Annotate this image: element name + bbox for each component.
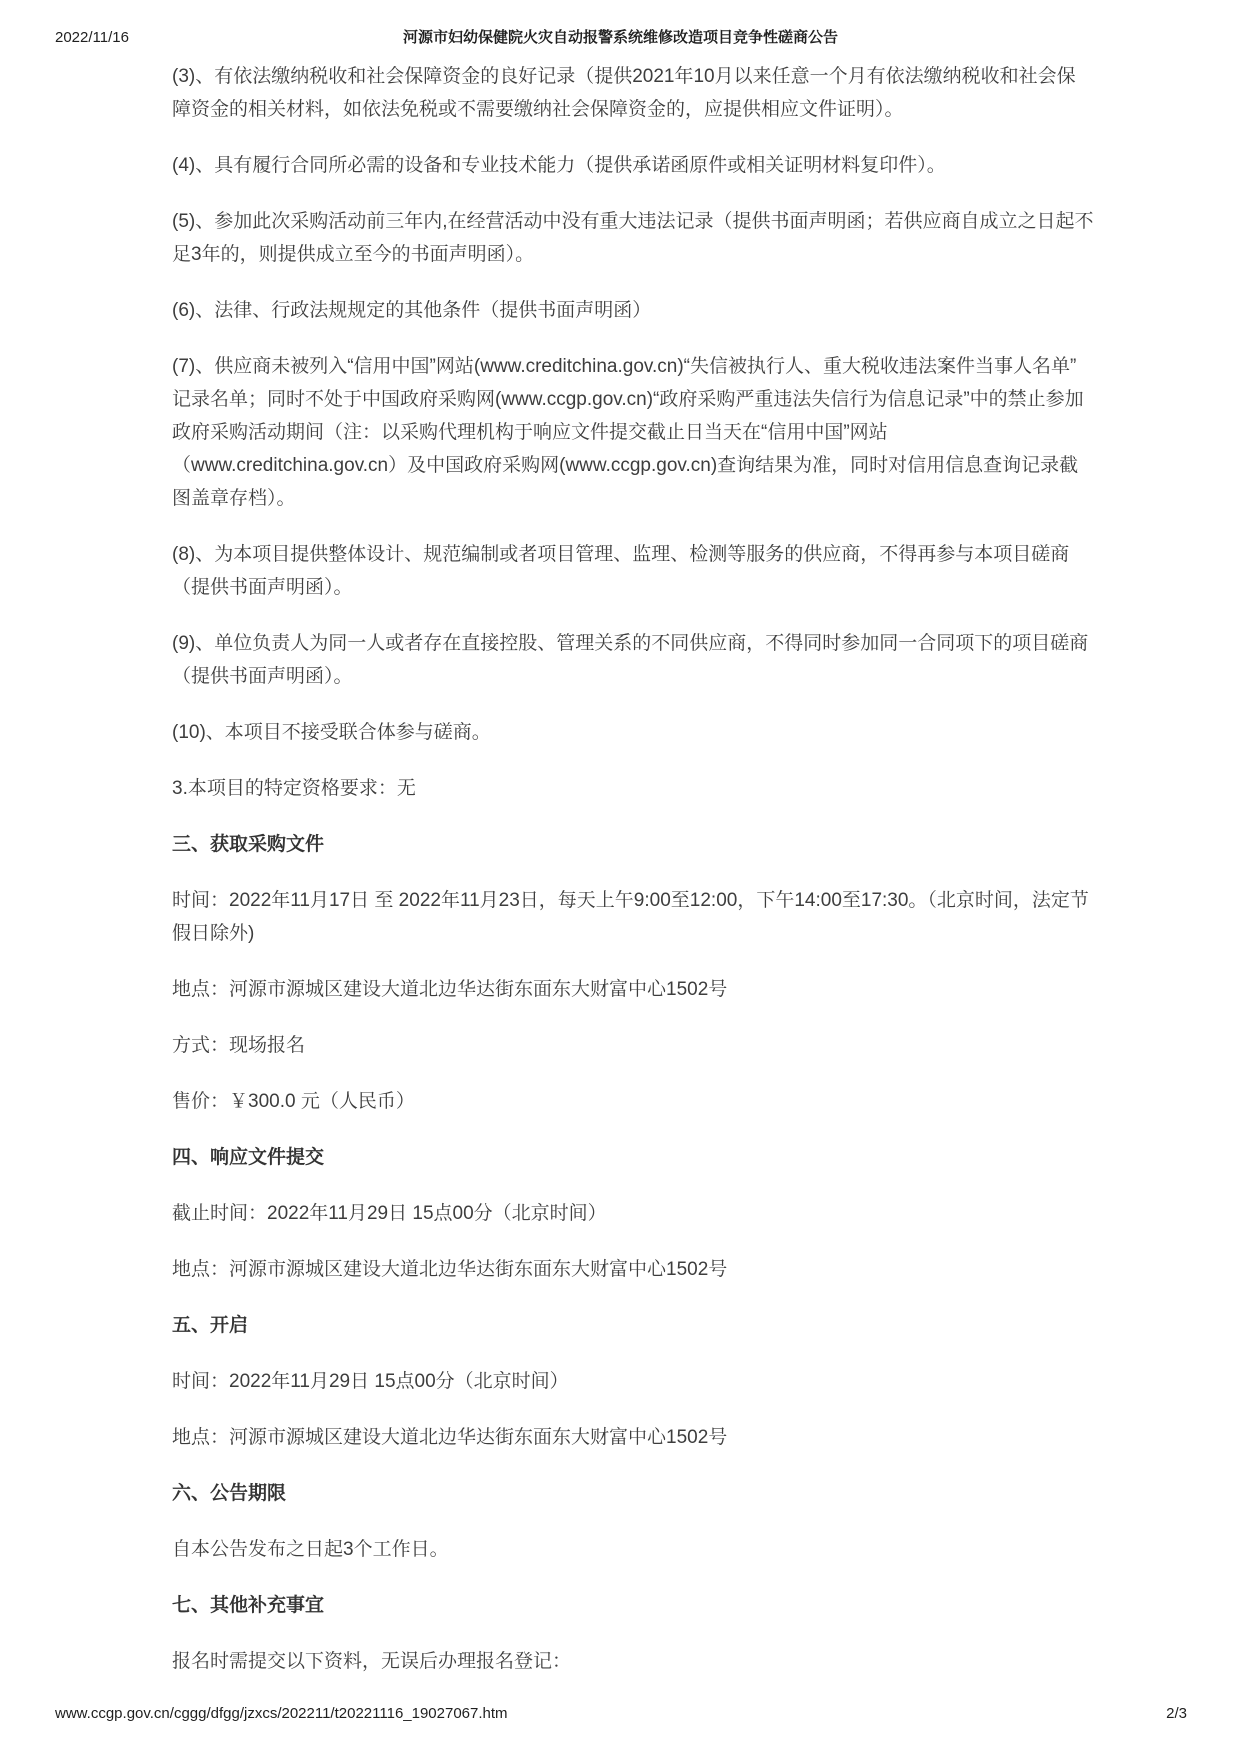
paragraph-qualification-6: (6)、法律、行政法规规定的其他条件（提供书面声明函） xyxy=(172,294,1094,327)
paragraph-obtain-location: 地点：河源市源城区建设大道北边华达街东面东大财富中心1502号 xyxy=(172,973,1094,1006)
paragraph-submission-location: 地点：河源市源城区建设大道北边华达街东面东大财富中心1502号 xyxy=(172,1253,1094,1286)
paragraph-registration-materials: 报名时需提交以下资料，无误后办理报名登记： xyxy=(172,1645,1094,1678)
document-page: 2022/11/16 河源市妇幼保健院火灾自动报警系统维修改造项目竞争性磋商公告… xyxy=(0,0,1241,1755)
header-date: 2022/11/16 xyxy=(55,29,129,47)
paragraph-obtain-method: 方式：现场报名 xyxy=(172,1029,1094,1062)
section-heading-obtain-documents: 三、获取采购文件 xyxy=(172,828,1094,861)
paragraph-qualification-7: (7)、供应商未被列入“信用中国”网站(www.creditchina.gov.… xyxy=(172,350,1094,515)
paragraph-obtain-time: 时间：2022年11月17日 至 2022年11月23日，每天上午9:00至12… xyxy=(172,884,1094,950)
document-body: (3)、有依法缴纳税收和社会保障资金的良好记录（提供2021年10月以来任意一个… xyxy=(172,37,1094,1701)
paragraph-qualification-9: (9)、单位负责人为同一人或者存在直接控股、管理关系的不同供应商，不得同时参加同… xyxy=(172,627,1094,693)
paragraph-qualification-5: (5)、参加此次采购活动前三年内,在经营活动中没有重大违法记录（提供书面声明函；… xyxy=(172,205,1094,271)
print-footer: www.ccgp.gov.cn/cggg/dfgg/jzxcs/202211/t… xyxy=(0,1705,1241,1725)
paragraph-specific-qualification: 3.本项目的特定资格要求：无 xyxy=(172,772,1094,805)
paragraph-document-price: 售价：￥300.0 元（人民币） xyxy=(172,1085,1094,1118)
paragraph-opening-location: 地点：河源市源城区建设大道北边华达街东面东大财富中心1502号 xyxy=(172,1421,1094,1454)
footer-url: www.ccgp.gov.cn/cggg/dfgg/jzxcs/202211/t… xyxy=(55,1705,508,1723)
paragraph-announcement-period: 自本公告发布之日起3个工作日。 xyxy=(172,1533,1094,1566)
paragraph-opening-time: 时间：2022年11月29日 15点00分（北京时间） xyxy=(172,1365,1094,1398)
section-heading-other-matters: 七、其他补充事宜 xyxy=(172,1589,1094,1622)
section-heading-announcement-period: 六、公告期限 xyxy=(172,1477,1094,1510)
paragraph-qualification-8: (8)、为本项目提供整体设计、规范编制或者项目管理、监理、检测等服务的供应商，不… xyxy=(172,538,1094,604)
paragraph-qualification-10: (10)、本项目不接受联合体参与磋商。 xyxy=(172,716,1094,749)
section-heading-response-submission: 四、响应文件提交 xyxy=(172,1141,1094,1174)
page-indicator: 2/3 xyxy=(1166,1705,1187,1723)
paragraph-submission-deadline: 截止时间：2022年11月29日 15点00分（北京时间） xyxy=(172,1197,1094,1230)
section-heading-opening: 五、开启 xyxy=(172,1309,1094,1342)
paragraph-qualification-4: (4)、具有履行合同所必需的设备和专业技术能力（提供承诺函原件或相关证明材料复印… xyxy=(172,149,1094,182)
paragraph-qualification-3: (3)、有依法缴纳税收和社会保障资金的良好记录（提供2021年10月以来任意一个… xyxy=(172,60,1094,126)
